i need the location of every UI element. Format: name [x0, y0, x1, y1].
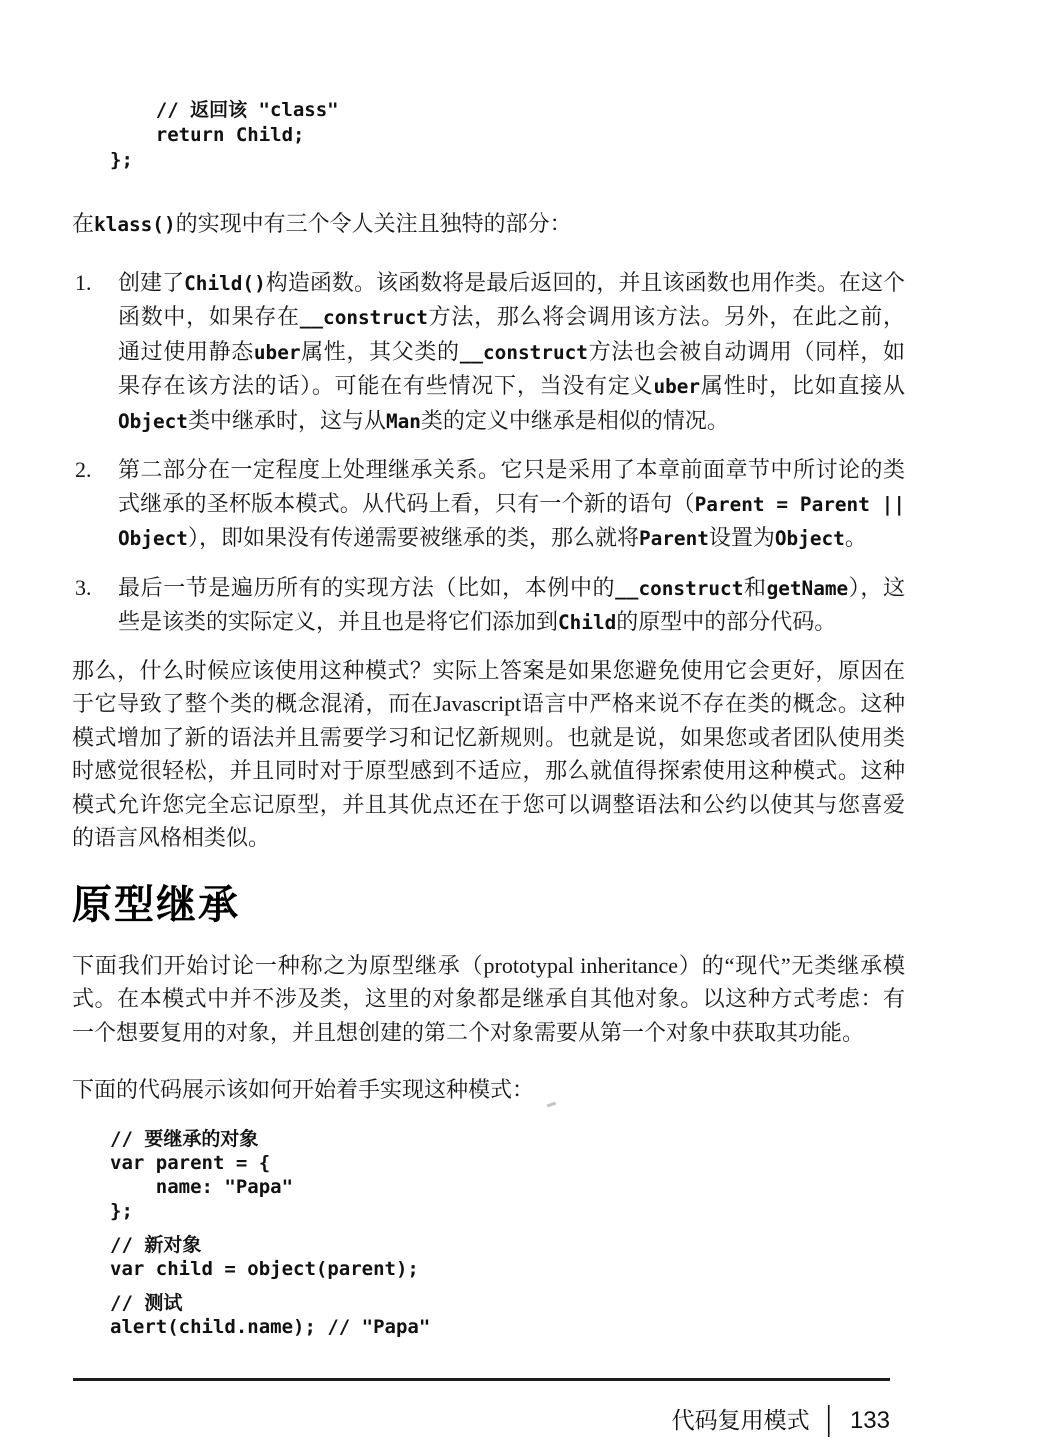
body-text-run: 属性时，比如直接从	[700, 373, 905, 398]
footer-rule	[73, 1378, 890, 1381]
page-footer: 代码复用模式│133	[73, 1402, 890, 1435]
footer-page-number: 133	[850, 1407, 890, 1434]
footer-chapter-title: 代码复用模式	[672, 1407, 810, 1433]
list-item-text: 第二部分在一定程度上处理继承关系。它只是采用了本章前面章节中所讨论的类式继承的圣…	[118, 453, 905, 556]
code-lead-in-paragraph: 下面的代码展示该如何开始着手实现这种模式：	[72, 1073, 905, 1107]
list-item-2: 2. 第二部分在一定程度上处理继承关系。它只是采用了本章前面章节中所讨论的类式继…	[72, 453, 905, 556]
body-text-run: ），即如果没有传递需要被继承的类，那么就将	[188, 525, 639, 550]
section-intro-paragraph: 下面我们开始讨论一种称之为原型继承（prototypal inheritance…	[72, 949, 905, 1050]
list-item-number: 3.	[72, 571, 118, 640]
list-item-number: 1.	[72, 266, 118, 439]
inline-code-text: klass()	[94, 213, 176, 236]
discussion-paragraph: 那么，什么时候应该使用这种模式？实际上答案是如果您避免使用它会更好，原因在于它导…	[72, 654, 905, 855]
body-text-run: 在	[72, 211, 94, 236]
list-item-text: 最后一节是遍历所有的实现方法（比如，本例中的__construct和getNam…	[118, 571, 905, 640]
body-text-run: 类中继承时，这与从	[188, 408, 386, 433]
list-item-text: 创建了Child()构造函数。该函数将是最后返回的，并且该函数也用作类。在这个函…	[118, 266, 905, 439]
inline-code-text: __construct	[615, 577, 743, 600]
list-item-1: 1. 创建了Child()构造函数。该函数将是最后返回的，并且该函数也用作类。在…	[72, 266, 905, 439]
inline-code-text: uber	[254, 341, 301, 364]
inline-code-text: Parent	[639, 527, 709, 550]
body-text-run: 的原型中的部分代码。	[616, 609, 836, 634]
klass-features-list: 1. 创建了Child()构造函数。该函数将是最后返回的，并且该函数也用作类。在…	[72, 266, 905, 640]
inline-code-text: Object	[775, 527, 845, 550]
list-item-number: 2.	[72, 453, 118, 556]
body-text-run: 和	[743, 575, 766, 600]
body-text-run: 类的定义中继承是相似的情况。	[421, 408, 729, 433]
page-content: // 返回该 "class" return Child; }; 在klass()…	[72, 98, 905, 1339]
body-text-run: 的实现中有三个令人关注且独特的部分：	[176, 211, 572, 236]
body-text-run: 创建了	[118, 270, 184, 295]
code-snippet-parent-object: // 要继承的对象 var parent = { name: "Papa" };	[72, 1127, 905, 1223]
body-text-run: 最后一节是遍历所有的实现方法（比如，本例中的	[118, 575, 615, 600]
intro-paragraph: 在klass()的实现中有三个令人关注且独特的部分：	[72, 207, 905, 242]
inline-code-text: Object	[118, 410, 188, 433]
body-text-run: 。	[845, 525, 867, 550]
section-heading-prototypal-inheritance: 原型继承	[72, 881, 905, 929]
code-snippet-child-object: // 新对象 var child = object(parent);	[72, 1233, 905, 1281]
code-snippet-klass-return: // 返回该 "class" return Child; };	[72, 98, 905, 173]
book-page: // 返回该 "class" return Child; }; 在klass()…	[0, 0, 1054, 1441]
inline-code-text: Child	[558, 611, 616, 634]
body-text-run: 设置为	[709, 525, 775, 550]
footer-separator: │	[823, 1405, 837, 1436]
inline-code-text: Man	[386, 410, 421, 433]
code-snippet-test-alert: // 测试 alert(child.name); // "Papa"	[72, 1291, 905, 1339]
body-text-run: 属性，其父类的	[301, 339, 460, 364]
inline-code-text: Child()	[184, 272, 266, 295]
inline-code-text: uber	[653, 375, 700, 398]
inline-code-text: getName	[767, 577, 849, 600]
inline-code-text: __construct	[300, 306, 428, 329]
list-item-3: 3. 最后一节是遍历所有的实现方法（比如，本例中的__construct和get…	[72, 571, 905, 640]
inline-code-text: __construct	[460, 341, 588, 364]
